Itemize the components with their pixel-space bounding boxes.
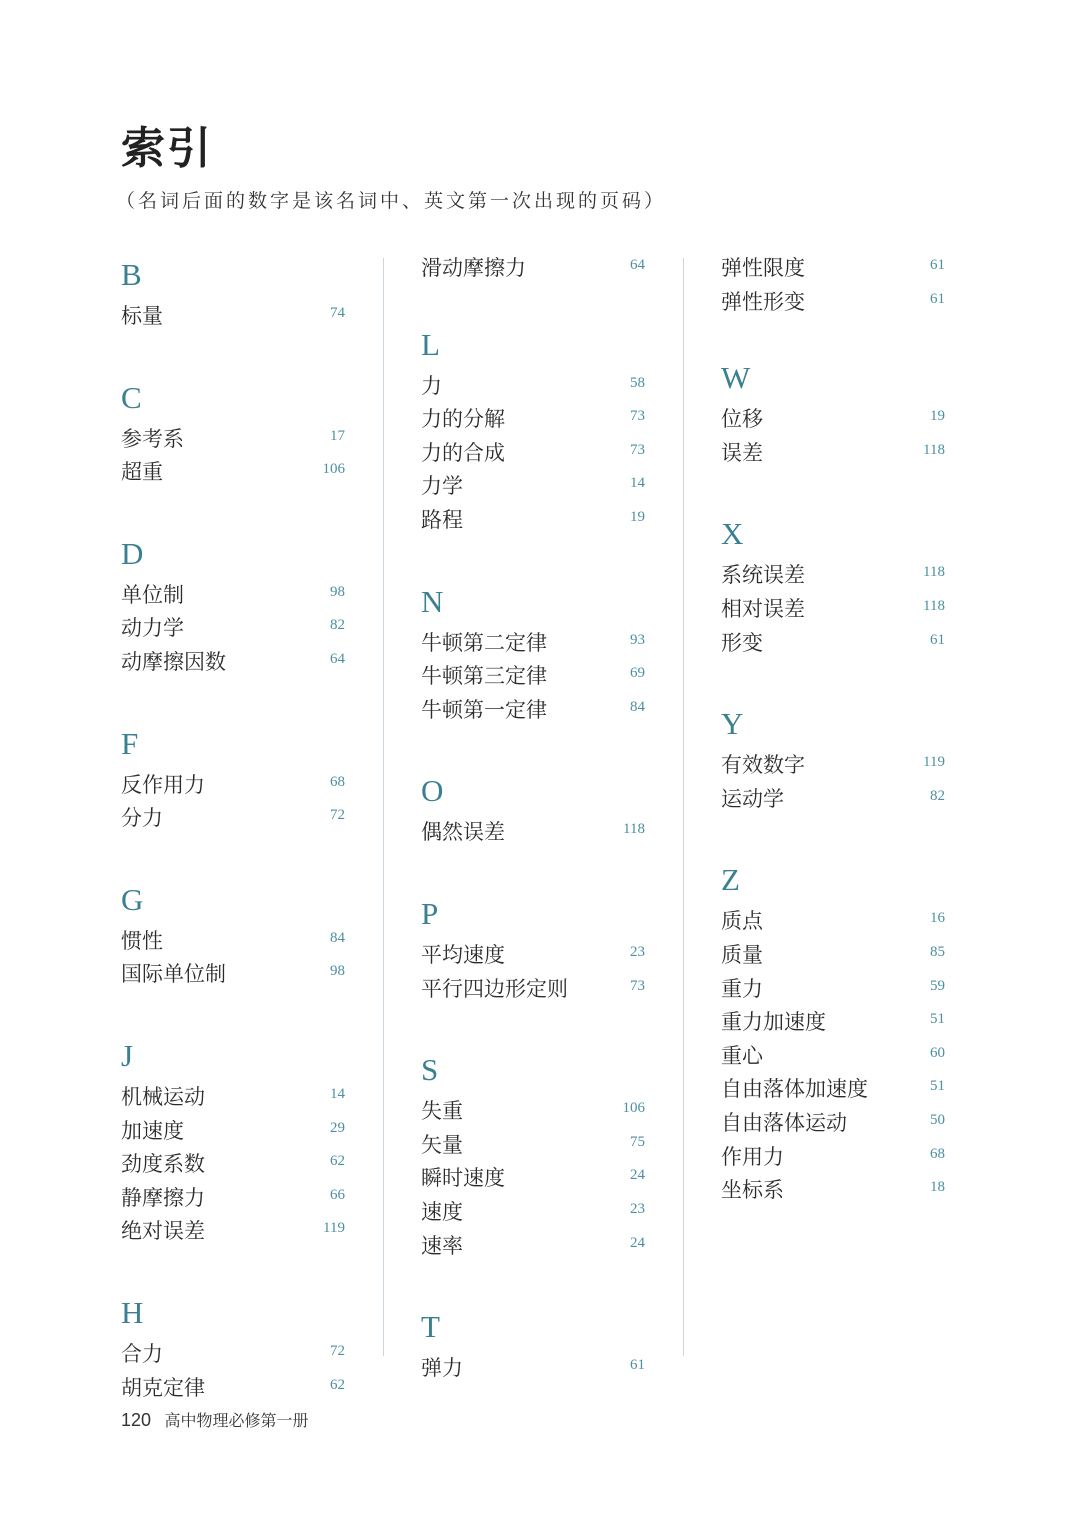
index-entry: 坐标系18 xyxy=(721,1174,951,1208)
index-page-number: 18 xyxy=(930,1171,945,1205)
book-title: 高中物理必修第一册 xyxy=(164,1411,308,1430)
index-page-number: 59 xyxy=(930,970,945,1004)
letter-group: W位移19误差118 xyxy=(721,359,951,470)
index-page-number: 119 xyxy=(923,746,945,780)
letter-group: C参考系17超重106 xyxy=(121,379,351,490)
index-entry: 弹力61 xyxy=(421,1352,651,1386)
index-page-number: 60 xyxy=(930,1037,945,1071)
index-term: 合力 xyxy=(121,1338,163,1372)
index-term: 路程 xyxy=(421,504,463,538)
index-term: 力学 xyxy=(421,470,463,504)
index-page-number: 84 xyxy=(330,922,345,956)
index-entry: 弹性形变61 xyxy=(721,286,951,320)
index-entry: 绝对误差119 xyxy=(121,1215,351,1249)
letter-group: D单位制98动力学82动摩擦因数64 xyxy=(121,535,351,680)
index-page-number: 68 xyxy=(330,766,345,800)
index-entry: 误差118 xyxy=(721,437,951,471)
index-entry: 重心60 xyxy=(721,1040,951,1074)
index-entry: 参考系17 xyxy=(121,423,351,457)
continued-entries: 滑动摩擦力64 xyxy=(421,252,651,286)
index-page-number: 19 xyxy=(930,400,945,434)
letter-heading: S xyxy=(421,1051,651,1089)
letter-heading: Y xyxy=(721,705,951,743)
index-entry: 分力72 xyxy=(121,802,351,836)
index-entry: 重力59 xyxy=(721,973,951,1007)
column-divider xyxy=(383,258,384,1356)
index-entry: 滑动摩擦力64 xyxy=(421,252,651,286)
index-term: 平均速度 xyxy=(421,939,505,973)
index-column-3: 弹性限度61弹性形变61W位移19误差118X系统误差118相对误差118形变6… xyxy=(721,252,951,1253)
letter-heading: W xyxy=(721,359,951,397)
index-term: 运动学 xyxy=(721,783,784,817)
continued-entries: 弹性限度61弹性形变61 xyxy=(721,252,951,319)
index-page-number: 68 xyxy=(930,1138,945,1172)
index-page-number: 62 xyxy=(330,1145,345,1179)
letter-group: Y有效数字119运动学82 xyxy=(721,705,951,816)
index-page-number: 61 xyxy=(930,624,945,658)
index-page-number: 23 xyxy=(630,936,645,970)
index-entry: 自由落体加速度51 xyxy=(721,1073,951,1107)
index-term: 牛顿第一定律 xyxy=(421,694,547,728)
index-term: 平行四边形定则 xyxy=(421,973,568,1007)
index-entry: 质量85 xyxy=(721,939,951,973)
index-page-number: 61 xyxy=(930,283,945,317)
index-term: 位移 xyxy=(721,403,763,437)
index-term: 瞬时速度 xyxy=(421,1162,505,1196)
index-page-number: 23 xyxy=(630,1193,645,1227)
index-term: 矢量 xyxy=(421,1129,463,1163)
index-term: 弹力 xyxy=(421,1352,463,1386)
index-entry: 加速度29 xyxy=(121,1115,351,1149)
letter-group: H合力72胡克定律62 xyxy=(121,1294,351,1405)
letter-heading: H xyxy=(121,1294,351,1332)
index-entry: 矢量75 xyxy=(421,1129,651,1163)
index-page-number: 50 xyxy=(930,1104,945,1138)
index-page-number: 75 xyxy=(630,1126,645,1160)
index-term: 形变 xyxy=(721,627,763,661)
letter-heading: B xyxy=(121,256,351,294)
index-term: 分力 xyxy=(121,802,163,836)
index-term: 标量 xyxy=(121,300,163,334)
letter-group: J机械运动14加速度29劲度系数62静摩擦力66绝对误差119 xyxy=(121,1037,351,1249)
index-entry: 路程19 xyxy=(421,504,651,538)
index-page-number: 118 xyxy=(923,556,945,590)
index-entry: 动力学82 xyxy=(121,612,351,646)
letter-group: P平均速度23平行四边形定则73 xyxy=(421,895,651,1006)
index-page-number: 93 xyxy=(630,624,645,658)
letter-heading: C xyxy=(121,379,351,417)
index-page-number: 51 xyxy=(930,1003,945,1037)
index-page-number: 29 xyxy=(330,1112,345,1146)
index-term: 力的合成 xyxy=(421,437,505,471)
index-term: 有效数字 xyxy=(721,749,805,783)
letter-group: Z质点16质量85重力59重力加速度51重心60自由落体加速度51自由落体运动5… xyxy=(721,861,951,1207)
index-term: 滑动摩擦力 xyxy=(421,252,526,286)
index-page-number: 73 xyxy=(630,970,645,1004)
index-term: 机械运动 xyxy=(121,1081,205,1115)
index-term: 自由落体加速度 xyxy=(721,1073,868,1107)
index-entry: 平行四边形定则73 xyxy=(421,973,651,1007)
index-entry: 胡克定律62 xyxy=(121,1372,351,1406)
index-term: 重力 xyxy=(721,973,763,1007)
index-entry: 有效数字119 xyxy=(721,749,951,783)
index-entry: 牛顿第三定律69 xyxy=(421,660,651,694)
index-entry: 形变61 xyxy=(721,627,951,661)
index-entry: 机械运动14 xyxy=(121,1081,351,1115)
index-entry: 标量74 xyxy=(121,300,351,334)
index-term: 静摩擦力 xyxy=(121,1182,205,1216)
index-page-number: 98 xyxy=(330,576,345,610)
letter-group: X系统误差118相对误差118形变61 xyxy=(721,515,951,660)
index-term: 作用力 xyxy=(721,1141,784,1175)
page-number: 120 xyxy=(121,1410,151,1430)
index-page-number: 16 xyxy=(930,902,945,936)
index-page-number: 106 xyxy=(323,453,346,487)
index-page-number: 24 xyxy=(630,1159,645,1193)
letter-group: G惯性84国际单位制98 xyxy=(121,881,351,992)
page-footer: 120 高中物理必修第一册 xyxy=(121,1408,308,1431)
letter-heading: X xyxy=(721,515,951,553)
index-page-number: 64 xyxy=(630,249,645,283)
index-page-number: 61 xyxy=(930,249,945,283)
index-term: 质点 xyxy=(721,905,763,939)
index-entry: 速度23 xyxy=(421,1196,651,1230)
index-page-number: 24 xyxy=(630,1227,645,1261)
index-term: 超重 xyxy=(121,456,163,490)
index-term: 自由落体运动 xyxy=(721,1107,847,1141)
index-page-number: 106 xyxy=(623,1092,646,1126)
letter-heading: F xyxy=(121,725,351,763)
index-entry: 动摩擦因数64 xyxy=(121,646,351,680)
letter-heading: T xyxy=(421,1308,651,1346)
letter-group: L力58力的分解73力的合成73力学14路程19 xyxy=(421,326,651,538)
letter-group: S失重106矢量75瞬时速度24速度23速率24 xyxy=(421,1051,651,1263)
letter-heading: G xyxy=(121,881,351,919)
letter-heading: N xyxy=(421,583,651,621)
index-term: 动摩擦因数 xyxy=(121,646,226,680)
index-page-number: 61 xyxy=(630,1349,645,1383)
index-term: 弹性形变 xyxy=(721,286,805,320)
index-column-1: B标量74C参考系17超重106D单位制98动力学82动摩擦因数64F反作用力6… xyxy=(121,252,351,1450)
index-entry: 国际单位制98 xyxy=(121,958,351,992)
index-page-number: 66 xyxy=(330,1179,345,1213)
index-page-number: 72 xyxy=(330,799,345,833)
index-term: 劲度系数 xyxy=(121,1148,205,1182)
index-entry: 惯性84 xyxy=(121,925,351,959)
index-term: 弹性限度 xyxy=(721,252,805,286)
index-entry: 反作用力68 xyxy=(121,769,351,803)
letter-heading: D xyxy=(121,535,351,573)
index-entry: 自由落体运动50 xyxy=(721,1107,951,1141)
index-entry: 劲度系数62 xyxy=(121,1148,351,1182)
letter-heading: J xyxy=(121,1037,351,1075)
index-page-number: 51 xyxy=(930,1070,945,1104)
index-term: 绝对误差 xyxy=(121,1215,205,1249)
index-page-number: 82 xyxy=(330,609,345,643)
letter-heading: L xyxy=(421,326,651,364)
index-page-number: 82 xyxy=(930,780,945,814)
index-term: 质量 xyxy=(721,939,763,973)
index-term: 速度 xyxy=(421,1196,463,1230)
index-entry: 单位制98 xyxy=(121,579,351,613)
index-page-number: 73 xyxy=(630,434,645,468)
index-term: 偶然误差 xyxy=(421,816,505,850)
index-entry: 失重106 xyxy=(421,1095,651,1129)
index-entry: 作用力68 xyxy=(721,1141,951,1175)
index-entry: 重力加速度51 xyxy=(721,1006,951,1040)
index-page-number: 62 xyxy=(330,1369,345,1403)
index-term: 胡克定律 xyxy=(121,1372,205,1406)
index-entry: 力的分解73 xyxy=(421,403,651,437)
index-term: 单位制 xyxy=(121,579,184,613)
index-page-number: 14 xyxy=(630,467,645,501)
index-entry: 系统误差118 xyxy=(721,559,951,593)
index-page-number: 74 xyxy=(330,297,345,331)
index-entry: 位移19 xyxy=(721,403,951,437)
index-term: 牛顿第二定律 xyxy=(421,627,547,661)
index-term: 相对误差 xyxy=(721,593,805,627)
index-term: 坐标系 xyxy=(721,1174,784,1208)
index-term: 国际单位制 xyxy=(121,958,226,992)
letter-group: F反作用力68分力72 xyxy=(121,725,351,836)
page-subtitle: （名词后面的数字是该名词中、英文第一次出现的页码） xyxy=(116,186,666,213)
index-entry: 偶然误差118 xyxy=(421,816,651,850)
index-term: 系统误差 xyxy=(721,559,805,593)
index-entry: 静摩擦力66 xyxy=(121,1182,351,1216)
index-page-number: 118 xyxy=(623,813,645,847)
index-entry: 平均速度23 xyxy=(421,939,651,973)
index-entry: 相对误差118 xyxy=(721,593,951,627)
index-page-number: 14 xyxy=(330,1078,345,1112)
index-entry: 合力72 xyxy=(121,1338,351,1372)
index-entry: 牛顿第二定律93 xyxy=(421,627,651,661)
index-page-number: 69 xyxy=(630,657,645,691)
index-page-number: 17 xyxy=(330,420,345,454)
index-page-number: 19 xyxy=(630,501,645,535)
index-term: 动力学 xyxy=(121,612,184,646)
letter-group: T弹力61 xyxy=(421,1308,651,1386)
index-page-number: 85 xyxy=(930,936,945,970)
page-title: 索引 xyxy=(121,112,213,176)
index-page-number: 64 xyxy=(330,643,345,677)
index-term: 牛顿第三定律 xyxy=(421,660,547,694)
index-term: 力 xyxy=(421,370,442,404)
letter-group: O偶然误差118 xyxy=(421,772,651,850)
letter-heading: O xyxy=(421,772,651,810)
index-page-number: 84 xyxy=(630,691,645,725)
index-entry: 力58 xyxy=(421,370,651,404)
index-column-2: 滑动摩擦力64L力58力的分解73力的合成73力学14路程19N牛顿第二定律93… xyxy=(421,252,651,1431)
index-term: 力的分解 xyxy=(421,403,505,437)
index-page-number: 72 xyxy=(330,1335,345,1369)
index-page-number: 118 xyxy=(923,590,945,624)
letter-heading: Z xyxy=(721,861,951,899)
letter-group: N牛顿第二定律93牛顿第三定律69牛顿第一定律84 xyxy=(421,583,651,728)
column-divider xyxy=(683,258,684,1356)
index-term: 重心 xyxy=(721,1040,763,1074)
index-term: 失重 xyxy=(421,1095,463,1129)
letter-group: B标量74 xyxy=(121,256,351,334)
index-term: 反作用力 xyxy=(121,769,205,803)
index-entry: 运动学82 xyxy=(721,783,951,817)
letter-heading: P xyxy=(421,895,651,933)
index-page-number: 119 xyxy=(323,1212,345,1246)
index-entry: 瞬时速度24 xyxy=(421,1162,651,1196)
index-page-number: 98 xyxy=(330,955,345,989)
index-term: 重力加速度 xyxy=(721,1006,826,1040)
index-entry: 力的合成73 xyxy=(421,437,651,471)
index-page-number: 73 xyxy=(630,400,645,434)
index-entry: 弹性限度61 xyxy=(721,252,951,286)
index-page-number: 118 xyxy=(923,434,945,468)
index-term: 参考系 xyxy=(121,423,184,457)
index-term: 误差 xyxy=(721,437,763,471)
index-entry: 力学14 xyxy=(421,470,651,504)
index-entry: 超重106 xyxy=(121,456,351,490)
index-term: 速率 xyxy=(421,1230,463,1264)
index-term: 加速度 xyxy=(121,1115,184,1149)
index-entry: 速率24 xyxy=(421,1230,651,1264)
index-entry: 质点16 xyxy=(721,905,951,939)
index-page-number: 58 xyxy=(630,367,645,401)
index-entry: 牛顿第一定律84 xyxy=(421,694,651,728)
index-term: 惯性 xyxy=(121,925,163,959)
